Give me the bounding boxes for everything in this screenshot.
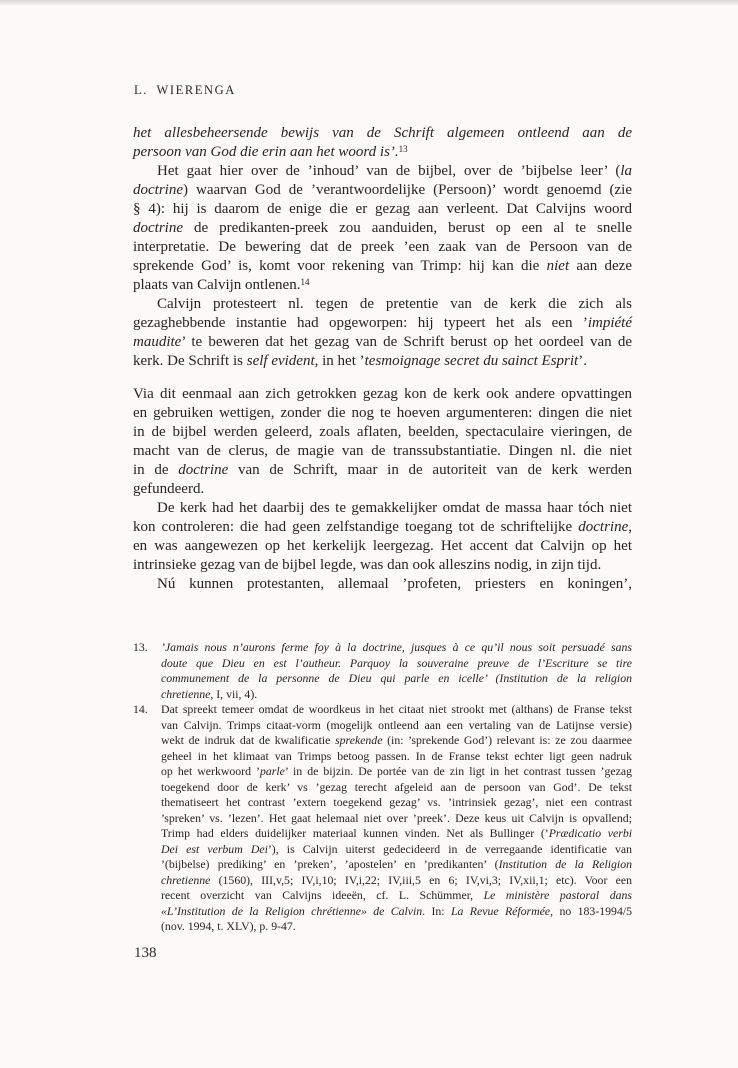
text-line: doctrine) waarvan God de ’verantwoordeli… xyxy=(133,181,632,200)
text-line: Nú kunnen protestanten, allemaal ’profet… xyxy=(133,575,632,594)
footnote-number: 14. xyxy=(133,702,148,718)
text-line: maudite’ te beweren dat het gezag van de… xyxy=(133,333,632,352)
text-line: op het werkwoord ’parle’ in de bijzin. D… xyxy=(161,764,632,780)
paragraph: Nú kunnen protestanten, allemaal ’profet… xyxy=(133,575,632,594)
text-line: ’(bijbelse) prediking’ en ’preken’, ’apo… xyxy=(161,857,632,873)
text-line: in de bijbel werden geleerd, zoals aflat… xyxy=(133,423,632,442)
text-line: plaats van Calvijn ontlenen.14 xyxy=(133,276,632,295)
text-line: thematiseert het contrast ’extern toegek… xyxy=(161,795,632,811)
text-line: ’Jamais nous n’aurons ferme foy à la doc… xyxy=(161,640,632,656)
text-line: (nov. 1994, t. XLV), p. 9-47. xyxy=(161,919,632,935)
text-line: § 4): hij is daarom de enige die er geza… xyxy=(133,200,632,219)
text-line: De kerk had het daarbij des te gemakkeli… xyxy=(133,499,632,518)
text-line: wekt de indruk dat de kwalificatie sprek… xyxy=(161,733,632,749)
text-line: intrinsieke gezag van de bijbel legde, w… xyxy=(133,556,632,575)
footnote: 14.Dat spreekt temeer omdat de woordkeus… xyxy=(133,702,632,935)
text-line: Dei est verbum Dei’), is Calvijn uiterst… xyxy=(161,842,632,858)
text-line: Trimp had elders duidelijker materiaal k… xyxy=(161,826,632,842)
text-line: Via dit eenmaal aan zich getrokken gezag… xyxy=(133,385,632,404)
text-line: ’spreken’ vs. ’lezen’. Het gaat helemaal… xyxy=(161,811,632,827)
text-line: «L’Institution de la Religion chrétienne… xyxy=(161,904,632,920)
text-line: Dat spreekt temeer omdat de woordkeus in… xyxy=(161,702,632,718)
text-line: sprekende God’ is, komt voor rekening va… xyxy=(133,257,632,276)
footnote-marker: 14 xyxy=(300,277,309,287)
text-line: gezaghebbende instantie had opgeworpen: … xyxy=(133,314,632,333)
text-line: interpretatie. De bewering dat de preek … xyxy=(133,238,632,257)
text-line: en gebruiken wettigen, zonder die nog te… xyxy=(133,404,632,423)
text-line: in de doctrine van de Schrift, maar in d… xyxy=(133,461,632,480)
footnotes-section: 13.’Jamais nous n’aurons ferme foy à la … xyxy=(133,640,632,935)
text-line: geheel in het klimaat van Trimps betoog … xyxy=(161,749,632,765)
text-line: recent overzicht van Calvijns ideeën, cf… xyxy=(161,888,632,904)
text-line: gefundeerd. xyxy=(133,480,632,499)
paragraph: Het gaat hier over de ’inhoud’ van de bi… xyxy=(133,162,632,295)
text-line: Calvijn protesteert nl. tegen de pretent… xyxy=(133,295,632,314)
paragraph: De kerk had het daarbij des te gemakkeli… xyxy=(133,499,632,575)
paragraph: het allesbeheersende bewijs van de Schri… xyxy=(133,124,632,162)
text-line: persoon van God die erin aan het woord i… xyxy=(133,143,632,162)
text-line: chretienne (1560), III,v,5; IV,i,10; IV,… xyxy=(161,873,632,889)
scan-artifact-top-edge xyxy=(0,0,738,6)
paragraph: Calvijn protesteert nl. tegen de pretent… xyxy=(133,295,632,371)
scanned-book-page: L. WIERENGA het allesbeheersende bewijs … xyxy=(0,0,738,1068)
paragraph: Via dit eenmaal aan zich getrokken gezag… xyxy=(133,385,632,499)
text-line: chretienne, I, vii, 4). xyxy=(161,687,632,703)
body-text: het allesbeheersende bewijs van de Schri… xyxy=(133,124,632,594)
page-number: 138 xyxy=(134,945,157,962)
text-line: doctrine de predikanten-preek zou aandui… xyxy=(133,219,632,238)
text-line: macht van de clerus, de magie van de tra… xyxy=(133,442,632,461)
footnote-number: 13. xyxy=(133,640,148,656)
running-header-author: L. WIERENGA xyxy=(134,83,236,98)
text-line: doute que Dieu en est l’autheur. Parquoy… xyxy=(161,656,632,672)
footnote: 13.’Jamais nous n’aurons ferme foy à la … xyxy=(133,640,632,702)
text-line: van Calvijn. Trimps citaat-vorm (mogelij… xyxy=(161,718,632,734)
text-line: kon controleren: die had geen zelfstandi… xyxy=(133,518,632,537)
text-line: toegekend door de kerk’ vs ’gezag terech… xyxy=(161,780,632,796)
text-line: kerk. De Schrift is self evident, in het… xyxy=(133,352,632,371)
text-line: en was aangewezen op het kerkelijk leerg… xyxy=(133,537,632,556)
text-line: communement de la personne de Dieu qui p… xyxy=(161,671,632,687)
footnote-marker: 13 xyxy=(399,144,408,154)
text-line: Het gaat hier over de ’inhoud’ van de bi… xyxy=(133,162,632,181)
text-line: het allesbeheersende bewijs van de Schri… xyxy=(133,124,632,143)
